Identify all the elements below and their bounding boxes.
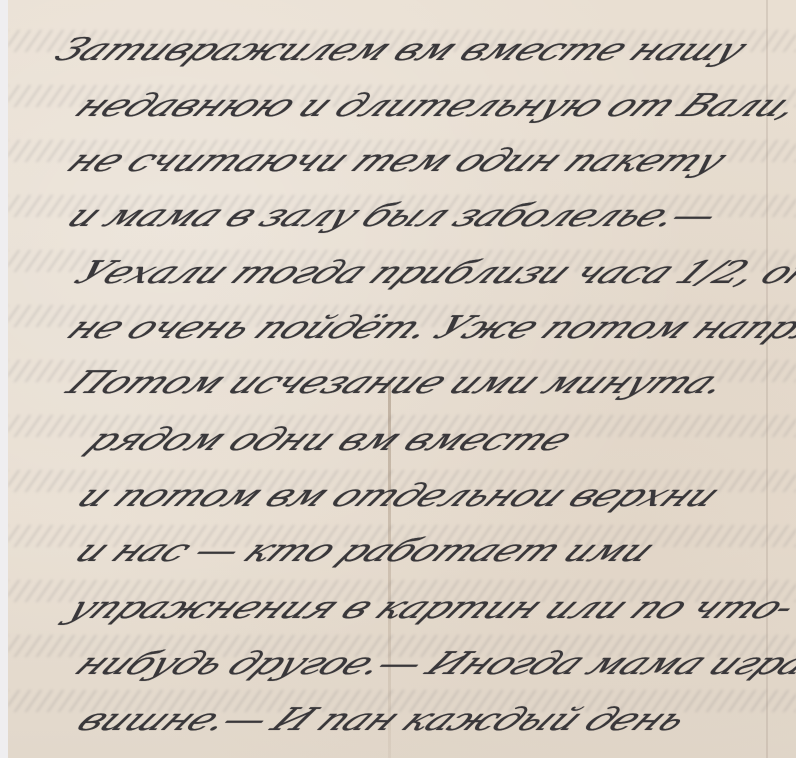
handwritten-line: рядом одни вм вместе <box>78 422 581 458</box>
handwritten-line: упражнения в картин или по что- <box>58 590 796 626</box>
handwritten-line: нибудь другое.— Иногда мама игра <box>66 646 796 682</box>
handwritten-line: и мама в залу был заболелье.— <box>58 198 727 234</box>
handwritten-line: Уехали тогда приблизи часа 1/2, она <box>66 255 796 291</box>
handwritten-line: вишне.— И пан каждый день <box>68 702 696 738</box>
photo-border <box>0 0 8 758</box>
handwritten-line: и потом вм отдельнои верхни <box>68 478 729 514</box>
handwritten-line: не считаючи тем один пакету <box>58 143 735 179</box>
handwritten-line: Потом исчезание ими минута. <box>58 365 737 401</box>
handwritten-line: и нас — кто работает ими <box>66 533 664 569</box>
handwritten-line: не очень пойдёт. Уже потом напряж. <box>58 310 796 346</box>
handwritten-line: недавнюю и длительную от Вали, <box>66 88 796 124</box>
letter-photo: Зативражилем вм вместе нашу недавнюю и д… <box>8 0 796 758</box>
handwritten-line: Зативражилем вм вместе нашу <box>46 32 756 68</box>
